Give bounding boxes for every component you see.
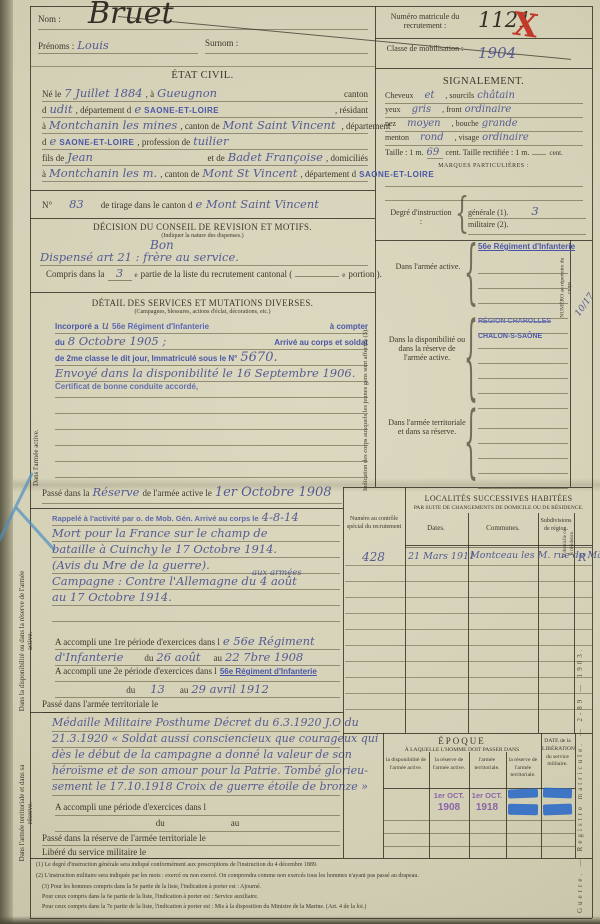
regiment-stamp: 56e Régiment d'Infanterie xyxy=(478,242,575,251)
localites-subtitle: PAR SUITE DE CHANGEMENTS DE DOMICILE OU … xyxy=(405,505,592,511)
stamp-text: de 2me classe le dit jour, Immatriculé s… xyxy=(55,354,237,363)
hand-value: grande xyxy=(482,118,518,129)
rule-line xyxy=(478,363,568,379)
rule-line xyxy=(383,833,575,834)
rule-line xyxy=(52,606,340,622)
footnote-3: (3) Pour les hommes compris dans la 5e p… xyxy=(42,884,588,890)
printed-text: d xyxy=(42,105,47,115)
blue-redaction-bar xyxy=(543,803,572,815)
printed-text: partie de la liste du recrutement canton… xyxy=(141,269,293,279)
printed-text: , visage xyxy=(455,133,479,142)
passe-reserve-row: Passé dans la Réserve de l'armée active … xyxy=(42,485,342,504)
passe-reserve-terr-row: Passé dans la réserve de l'armée territo… xyxy=(42,833,340,846)
marques-label: MARQUES PARTICULIÈRES : xyxy=(375,163,592,169)
printed-text: fils de xyxy=(42,153,64,163)
printed-text: cent. Taille rectifiée : 1 m. xyxy=(446,148,530,157)
tirage-row: N° 83 de tirage dans le canton d e Mont … xyxy=(42,197,368,212)
rule-line xyxy=(345,597,592,598)
rule-line xyxy=(478,428,568,444)
rule-line xyxy=(478,348,568,364)
printed-text: de l'armée active le xyxy=(142,488,211,498)
prenoms-label: Prénoms : xyxy=(38,41,74,51)
classe-value: 1904 xyxy=(478,44,516,62)
classe-label: Classe de mobilisation : xyxy=(379,44,471,53)
passe-territoriale-row: Passé dans l'armée territoriale le xyxy=(42,699,340,713)
etat-line-4: d e SAONE-ET-LOIRE , profession de tuili… xyxy=(42,134,368,150)
departement-stamp: SAONE-ET-LOIRE xyxy=(144,106,219,115)
hand-value: u xyxy=(102,318,109,332)
printed-text: au xyxy=(214,653,223,663)
printed-text: , département d xyxy=(300,169,356,179)
taille-value: 69 xyxy=(427,147,443,159)
rule-line xyxy=(55,462,368,478)
regiment-stamp: 56e Régiment d'Infanterie xyxy=(112,322,209,331)
printed-text: de tirage dans le canton d xyxy=(101,200,193,210)
printed-text: Passé dans la réserve de l'armée territo… xyxy=(42,833,206,843)
printed-text: , à xyxy=(146,89,155,99)
hand-text: sement le 17.10.1918 Croix de guerre éto… xyxy=(52,780,368,793)
rule-line xyxy=(478,378,568,394)
campagne-row-1: Campagne : Contre l'Allemagne du 4 août xyxy=(52,574,340,590)
service-row-5: Certificat de bonne conduite accordé, xyxy=(55,382,368,398)
signalement-row-3: nez moyen , bouche grande xyxy=(385,118,583,132)
rule-line xyxy=(345,693,592,694)
reserve-date: 1er Octobre 1908 xyxy=(215,485,332,500)
rule-line xyxy=(375,38,592,39)
printed-text: yeux xyxy=(385,105,401,114)
compris-row: Compris dans la 3 e partie de la liste d… xyxy=(46,266,368,281)
corps-dispo-label: Dans la disponibilité ou dans la réserve… xyxy=(388,335,466,362)
etat-line-3: à Montchanin les mines , canton de Mont … xyxy=(42,118,368,134)
hand-text: 21.3.1920 « Soldat aussi consciencieux q… xyxy=(52,732,378,745)
printed-text: au xyxy=(231,818,240,828)
margin-label-territoriale: Dans l'armée territoriale et dans sa rés… xyxy=(18,758,34,868)
rule-line xyxy=(345,677,592,678)
hand-value: 8 Octobre 1905 ; xyxy=(68,334,167,348)
compris-value: 3 xyxy=(108,266,132,281)
printed-text: e xyxy=(342,271,345,279)
rappele-row: Rappelé à l'activité par o. de Mob. Gén.… xyxy=(52,510,340,526)
printed-text: Passé dans la xyxy=(42,488,90,498)
blue-redaction-bar xyxy=(508,788,538,798)
left-col-divider xyxy=(343,487,344,858)
printed-text: , canton de xyxy=(180,121,219,131)
decision-hand-row: Dispensé art 21 : frère au service. xyxy=(40,250,368,266)
hand-value: 26 août xyxy=(156,650,200,664)
stamp-text: du xyxy=(55,338,65,347)
hand-value: ordinaire xyxy=(465,104,512,115)
footnote-5: Pour ceux compris dans la 7e partie de l… xyxy=(42,904,588,910)
footnote-divider xyxy=(30,858,592,859)
hand-value: Badet Françoise xyxy=(228,150,323,164)
periode1-row-2: d'Infanterie du 26 août au 22 7bre 1908 xyxy=(55,650,340,666)
periode1-row: A accompli une 1re période d'exercices d… xyxy=(55,634,340,650)
nom-label: Nom : xyxy=(38,14,61,24)
rule-line xyxy=(478,303,568,319)
rule-line xyxy=(385,188,583,201)
hand-value: Montchanin les mines xyxy=(49,118,177,132)
decision-dispense: Dispensé art 21 : frère au service. xyxy=(40,250,239,264)
epoque-col2-header: la réserve de l'armée active. xyxy=(430,757,468,772)
footnote-1: (1) Le degré d'instruction générale sera… xyxy=(36,862,588,868)
struck-stamp: RÉGION CHAROLLES xyxy=(478,318,551,325)
subdivision-stamp: CHALON-S-SAÔNE xyxy=(478,333,542,340)
medaille-row-1: Médaille Militaire Posthume Décret du 6.… xyxy=(52,716,340,732)
degre-generale-row: générale (1). 3 xyxy=(468,204,586,219)
degre-militaire-row: militaire (2). xyxy=(468,220,586,235)
mort-row-2: bataille à Cuinchy le 17 Octobre 1914. xyxy=(52,542,340,558)
ctrl-special-header: Numéro au contrôle spécial du recrutemen… xyxy=(345,516,403,532)
printed-text: Né le xyxy=(42,89,61,99)
hand-value: et xyxy=(424,90,434,101)
hand-value: e Mont Saint Vincent xyxy=(195,197,318,211)
decision-title: DÉCISION DU CONSEIL DE REVISION ET MOTIF… xyxy=(30,222,375,232)
prenoms-value: Louis xyxy=(77,38,109,52)
tirage-box-top xyxy=(30,190,375,191)
epoque-value-1918: 1918 xyxy=(470,802,504,813)
hand-text: bataille à Cuinchy le 17 Octobre 1914. xyxy=(52,542,277,556)
col-header-dates: Dates. xyxy=(406,524,466,532)
du-au-row: du au xyxy=(55,818,340,832)
margin-label-armee-active: Dans l'armée active. xyxy=(32,376,40,486)
printed-text: militaire (2). xyxy=(468,220,508,229)
disponibilite-note: Envoyé dans la disponibilité le 16 Septe… xyxy=(55,366,355,380)
epoque-col1-header: la disponibilité de l'armée active. xyxy=(385,757,427,772)
printed-text: et de xyxy=(208,153,225,163)
hand-value: ordinaire xyxy=(482,132,529,143)
hand-text: au 17 Octobre 1914. xyxy=(52,590,172,604)
hand-text: (Avis du Mre de la guerre). xyxy=(52,558,210,572)
col-header-communes: Communes. xyxy=(469,524,537,532)
epoque-value-oct-2: 1er OCT. xyxy=(470,791,504,800)
services-subtitle: (Campagnes, blessures, actions d'éclat, … xyxy=(30,309,375,315)
signalement-row-4: menton rond , visage ordinaire xyxy=(385,132,583,146)
hand-value: Gueugnon xyxy=(157,86,217,100)
medaille-row-3: dès le début de la campagne a donné la v… xyxy=(52,748,340,764)
rule-line xyxy=(55,398,368,414)
corps-terr-label: Dans l'armée territoriale et dans sa rés… xyxy=(388,418,466,436)
signalement-row-1: Cheveux et , sourcils châtain xyxy=(385,90,583,104)
hand-text: Mort pour la France sur le champ de xyxy=(52,526,268,540)
table-divider xyxy=(468,513,469,733)
matricule-label: Numéro matricule du recrutement : xyxy=(379,12,471,30)
footnote-2: (2) L'instruction militaire sera indiqué… xyxy=(36,873,588,879)
hand-value: tuilier xyxy=(193,134,228,148)
hand-value: Jean xyxy=(67,150,93,164)
hand-value: gris xyxy=(412,104,432,115)
printed-text: cent. xyxy=(549,149,562,157)
red-x-mark: X xyxy=(510,4,540,45)
printed-text: du xyxy=(156,818,165,828)
rule-line xyxy=(345,709,592,710)
hand-value: rond xyxy=(420,132,444,143)
rule-line xyxy=(345,645,592,646)
hand-value: moyen xyxy=(407,118,441,129)
printed-text: Passé dans l'armée territoriale le xyxy=(42,699,158,709)
corps-dispo-stamp2-row: CHALON-S-SAÔNE xyxy=(478,333,568,349)
printed-text: , canton de xyxy=(160,169,199,179)
rule-line xyxy=(30,66,375,67)
hand-text: dès le début de la campagne a donné la v… xyxy=(52,748,352,761)
scanned-military-record-page: Nom : Bruet Prénoms : Louis Surnom : Num… xyxy=(0,0,600,924)
blue-redaction-bar xyxy=(508,804,538,816)
hand-value: 13 xyxy=(150,682,165,696)
rule-line xyxy=(478,393,568,409)
epoque-title: ÉPOQUE xyxy=(383,736,541,746)
rule-line xyxy=(478,458,568,474)
corps-dispo-stamp1-row: RÉGION CHAROLLES xyxy=(478,318,568,334)
rule-line xyxy=(478,288,568,304)
section-divider xyxy=(30,712,343,713)
epoque-subtitle: À LAQUELLE L'HOMME DOIT PASSER DANS xyxy=(383,747,541,753)
prenoms-row: Prénoms : Louis xyxy=(38,38,198,54)
header-rule xyxy=(405,545,592,546)
conduite-stamp: Certificat de bonne conduite accordé, xyxy=(55,382,198,391)
margin-label-disponibilite: Dans la disponibilité ou dans la réserve… xyxy=(18,566,34,716)
printed-text: menton xyxy=(385,133,409,142)
frame-right xyxy=(592,6,593,918)
printed-text: A accompli une période d'exercices dans … xyxy=(55,802,206,812)
services-title: DÉTAIL DES SERVICES ET MUTATIONS DIVERSE… xyxy=(30,298,375,308)
printed-text: , bouche xyxy=(452,119,479,128)
stamp-text: Arrivé au corps et soldat xyxy=(274,338,368,347)
printed-text: du xyxy=(144,653,153,663)
footnote-4: Pour ceux compris dans la 6e partie de l… xyxy=(42,894,588,900)
rule-line xyxy=(345,581,592,582)
periode2-row: A accompli une 2e période d'exercices da… xyxy=(55,666,340,682)
hand-value: e 56e Régiment xyxy=(223,634,315,648)
periode2-row-2: du 13 au 29 avril 1912 xyxy=(55,682,340,698)
etat-line-1: Né le 7 Juillet 1884 , à Gueugnon canton xyxy=(42,86,368,102)
printed-text: , domiciliés xyxy=(326,153,368,163)
taille-row: Taille : 1 m. 69 cent. Taille rectifiée … xyxy=(385,147,583,160)
regiment-stamp: 56e Régiment d'Infanterie xyxy=(220,667,317,676)
etat-civil-title: ÉTAT CIVIL. xyxy=(30,70,375,81)
service-row-2: du 8 Octobre 1905 ; Arrivé au corps et s… xyxy=(55,334,368,350)
rule-line xyxy=(345,661,592,662)
corps-margin-label: Indication des corps auxquels les jeunes… xyxy=(362,249,369,491)
rule-line xyxy=(478,443,568,459)
hand-value: udit xyxy=(50,102,73,116)
service-row-4: Envoyé dans la disponibilité le 16 Septe… xyxy=(55,366,368,382)
brace: { xyxy=(455,191,469,239)
hand-text: héroïsme et de son amour pour la Patrie.… xyxy=(52,764,368,777)
signalement-row-2: yeux gris , front ordinaire xyxy=(385,104,583,118)
hand-value: 29 avril 1912 xyxy=(191,682,268,696)
mort-row-1: Mort pour la France sur le champ de xyxy=(52,526,340,542)
brace: { xyxy=(464,308,478,413)
printed-text: , résidant xyxy=(335,105,368,115)
register-edge-text: Guerre. — Registre matricule. — 2-89 — 1… xyxy=(576,646,584,913)
printed-text: N° xyxy=(42,200,52,210)
degre-label: Degré d'instruction : xyxy=(390,208,452,226)
printed-text: Taille : 1 m. xyxy=(385,148,424,157)
degre-value: 3 xyxy=(531,204,538,218)
signalement-title: SIGNALEMENT. xyxy=(375,76,592,87)
periode-terr-row: A accompli une période d'exercices dans … xyxy=(55,802,340,816)
medaille-row-2: 21.3.1920 « Soldat aussi consciencieux q… xyxy=(52,732,340,748)
numero-repertoire-value: 10/17 xyxy=(573,292,596,319)
decision-subtitle: (Indiquer la nature des dispenses.) xyxy=(30,233,375,239)
printed-text: Libéré du service militaire le xyxy=(42,847,146,857)
hand-text: Campagne : Contre l'Allemagne du 4 août xyxy=(52,574,297,588)
printed-text: nez xyxy=(385,119,396,128)
corps-active-stamp-row: 56e Régiment d'Infanterie xyxy=(478,242,568,257)
etat-line-5: fils de Jean et de Badet Françoise , dom… xyxy=(42,150,368,166)
rule-line xyxy=(345,629,592,630)
nom-signature: Bruet xyxy=(88,0,174,31)
printed-text: A accompli une 2e période d'exercices da… xyxy=(55,666,217,676)
section-divider xyxy=(343,487,592,488)
rule-line xyxy=(345,613,592,614)
matricule-corps-number: 5670. xyxy=(240,350,277,365)
rule-line xyxy=(375,68,592,69)
printed-text: à xyxy=(42,169,46,179)
book-binding-edge xyxy=(0,0,13,924)
rule-line xyxy=(55,446,368,462)
printed-text: d xyxy=(42,137,47,147)
rule-line xyxy=(55,414,368,430)
localites-title: LOCALITÉS SUCCESSIVES HABITÉES xyxy=(405,494,592,503)
service-row-1: Incorporé a u 56e Régiment d'Infanterie … xyxy=(55,318,368,334)
epoque-value-oct-1: 1er OCT. xyxy=(430,791,468,800)
printed-text: , département d xyxy=(76,105,132,115)
etat-line-2: d udit , département d e SAONE-ET-LOIRE … xyxy=(42,102,368,118)
hand-value: 22 7bre 1908 xyxy=(225,650,303,664)
section-divider xyxy=(30,292,375,293)
section-divider xyxy=(343,733,592,734)
medaille-row-5: sement le 17.10.1918 Croix de guerre éto… xyxy=(52,780,340,796)
hand-value: e xyxy=(50,134,57,148)
etat-line-6: à Montchanin les m. , canton de Mont St … xyxy=(42,166,368,182)
printed-text: , sourcils xyxy=(445,91,474,100)
rappele-stamp: Rappelé à l'activité par o. de Mob. Gén.… xyxy=(52,514,259,523)
rule-line xyxy=(478,258,568,274)
hand-value: châtain xyxy=(477,90,515,101)
blue-redaction-bar xyxy=(543,787,572,798)
medaille-row-4: héroïsme et de son amour pour la Patrie.… xyxy=(52,764,340,780)
printed-text: Cheveux xyxy=(385,91,413,100)
ctrl-special-value: 428 xyxy=(362,550,385,564)
brace: { xyxy=(464,235,478,315)
rule-line xyxy=(478,413,568,429)
printed-text: générale (1). xyxy=(468,208,508,217)
rule-line xyxy=(383,820,575,821)
hand-value: d'Infanterie xyxy=(55,650,123,664)
brace: { xyxy=(464,400,478,490)
localites-row-dr: R xyxy=(578,551,586,564)
surnom-row: Surnom : xyxy=(205,38,368,54)
printed-text: du xyxy=(126,685,135,695)
hand-value: e xyxy=(134,102,141,116)
localites-row-date: 21 Mars 1911 xyxy=(408,551,475,562)
section-divider xyxy=(375,240,592,241)
printed-text: , profession de xyxy=(137,137,190,147)
header-rule-2 xyxy=(405,547,592,548)
rule-line xyxy=(55,430,368,446)
epoque-value-1908: 1908 xyxy=(430,802,468,813)
service-row-3: de 2me classe le dit jour, Immatriculé s… xyxy=(55,350,368,366)
table-divider xyxy=(538,513,539,733)
printed-text: canton xyxy=(344,89,368,99)
hand-value: Mont Saint Vincent xyxy=(223,118,336,132)
stamp-text: Incorporé a xyxy=(55,322,99,331)
epoque-col4-header: la réserve de l'armée territoriale. xyxy=(507,757,539,780)
printed-text: A accompli une 1re période d'exercices d… xyxy=(55,637,220,647)
campagne-row-2: au 17 Octobre 1914. xyxy=(52,590,340,606)
tirage-box-bottom xyxy=(30,218,375,219)
surnom-label: Surnom : xyxy=(205,38,238,48)
frame-bottom xyxy=(30,918,592,919)
tirage-number: 83 xyxy=(69,197,84,211)
section-divider xyxy=(30,508,343,509)
blue-pen-stroke xyxy=(15,506,56,551)
printed-text: Compris dans la xyxy=(46,269,105,279)
printed-text: , front xyxy=(442,105,462,114)
epoque-date-header: DATE de la LIBÉRATION du service militai… xyxy=(542,738,573,769)
epoque-col3-header: l'armée territoriale. xyxy=(470,757,504,772)
hand-value: 7 Juillet 1884 xyxy=(64,86,142,100)
hand-value: Réserve xyxy=(93,485,140,499)
rule-line xyxy=(478,273,568,289)
rule-line xyxy=(383,846,575,847)
printed-text: à xyxy=(42,121,46,131)
hand-text: Médaille Militaire Posthume Décret du 6.… xyxy=(52,716,359,729)
printed-text: e xyxy=(135,271,138,279)
departement-stamp: SAONE-ET-LOIRE xyxy=(59,138,134,147)
rappele-date: 4-8-14 xyxy=(262,510,299,524)
rule-line xyxy=(345,565,592,566)
printed-text: , département xyxy=(342,121,391,131)
rule-line xyxy=(385,174,583,187)
printed-text: au xyxy=(180,685,189,695)
hand-value: Mont St Vincent xyxy=(202,166,297,180)
hand-value: Montchanin les m. xyxy=(49,166,157,180)
corps-active-label: Dans l'armée active. xyxy=(392,262,464,271)
